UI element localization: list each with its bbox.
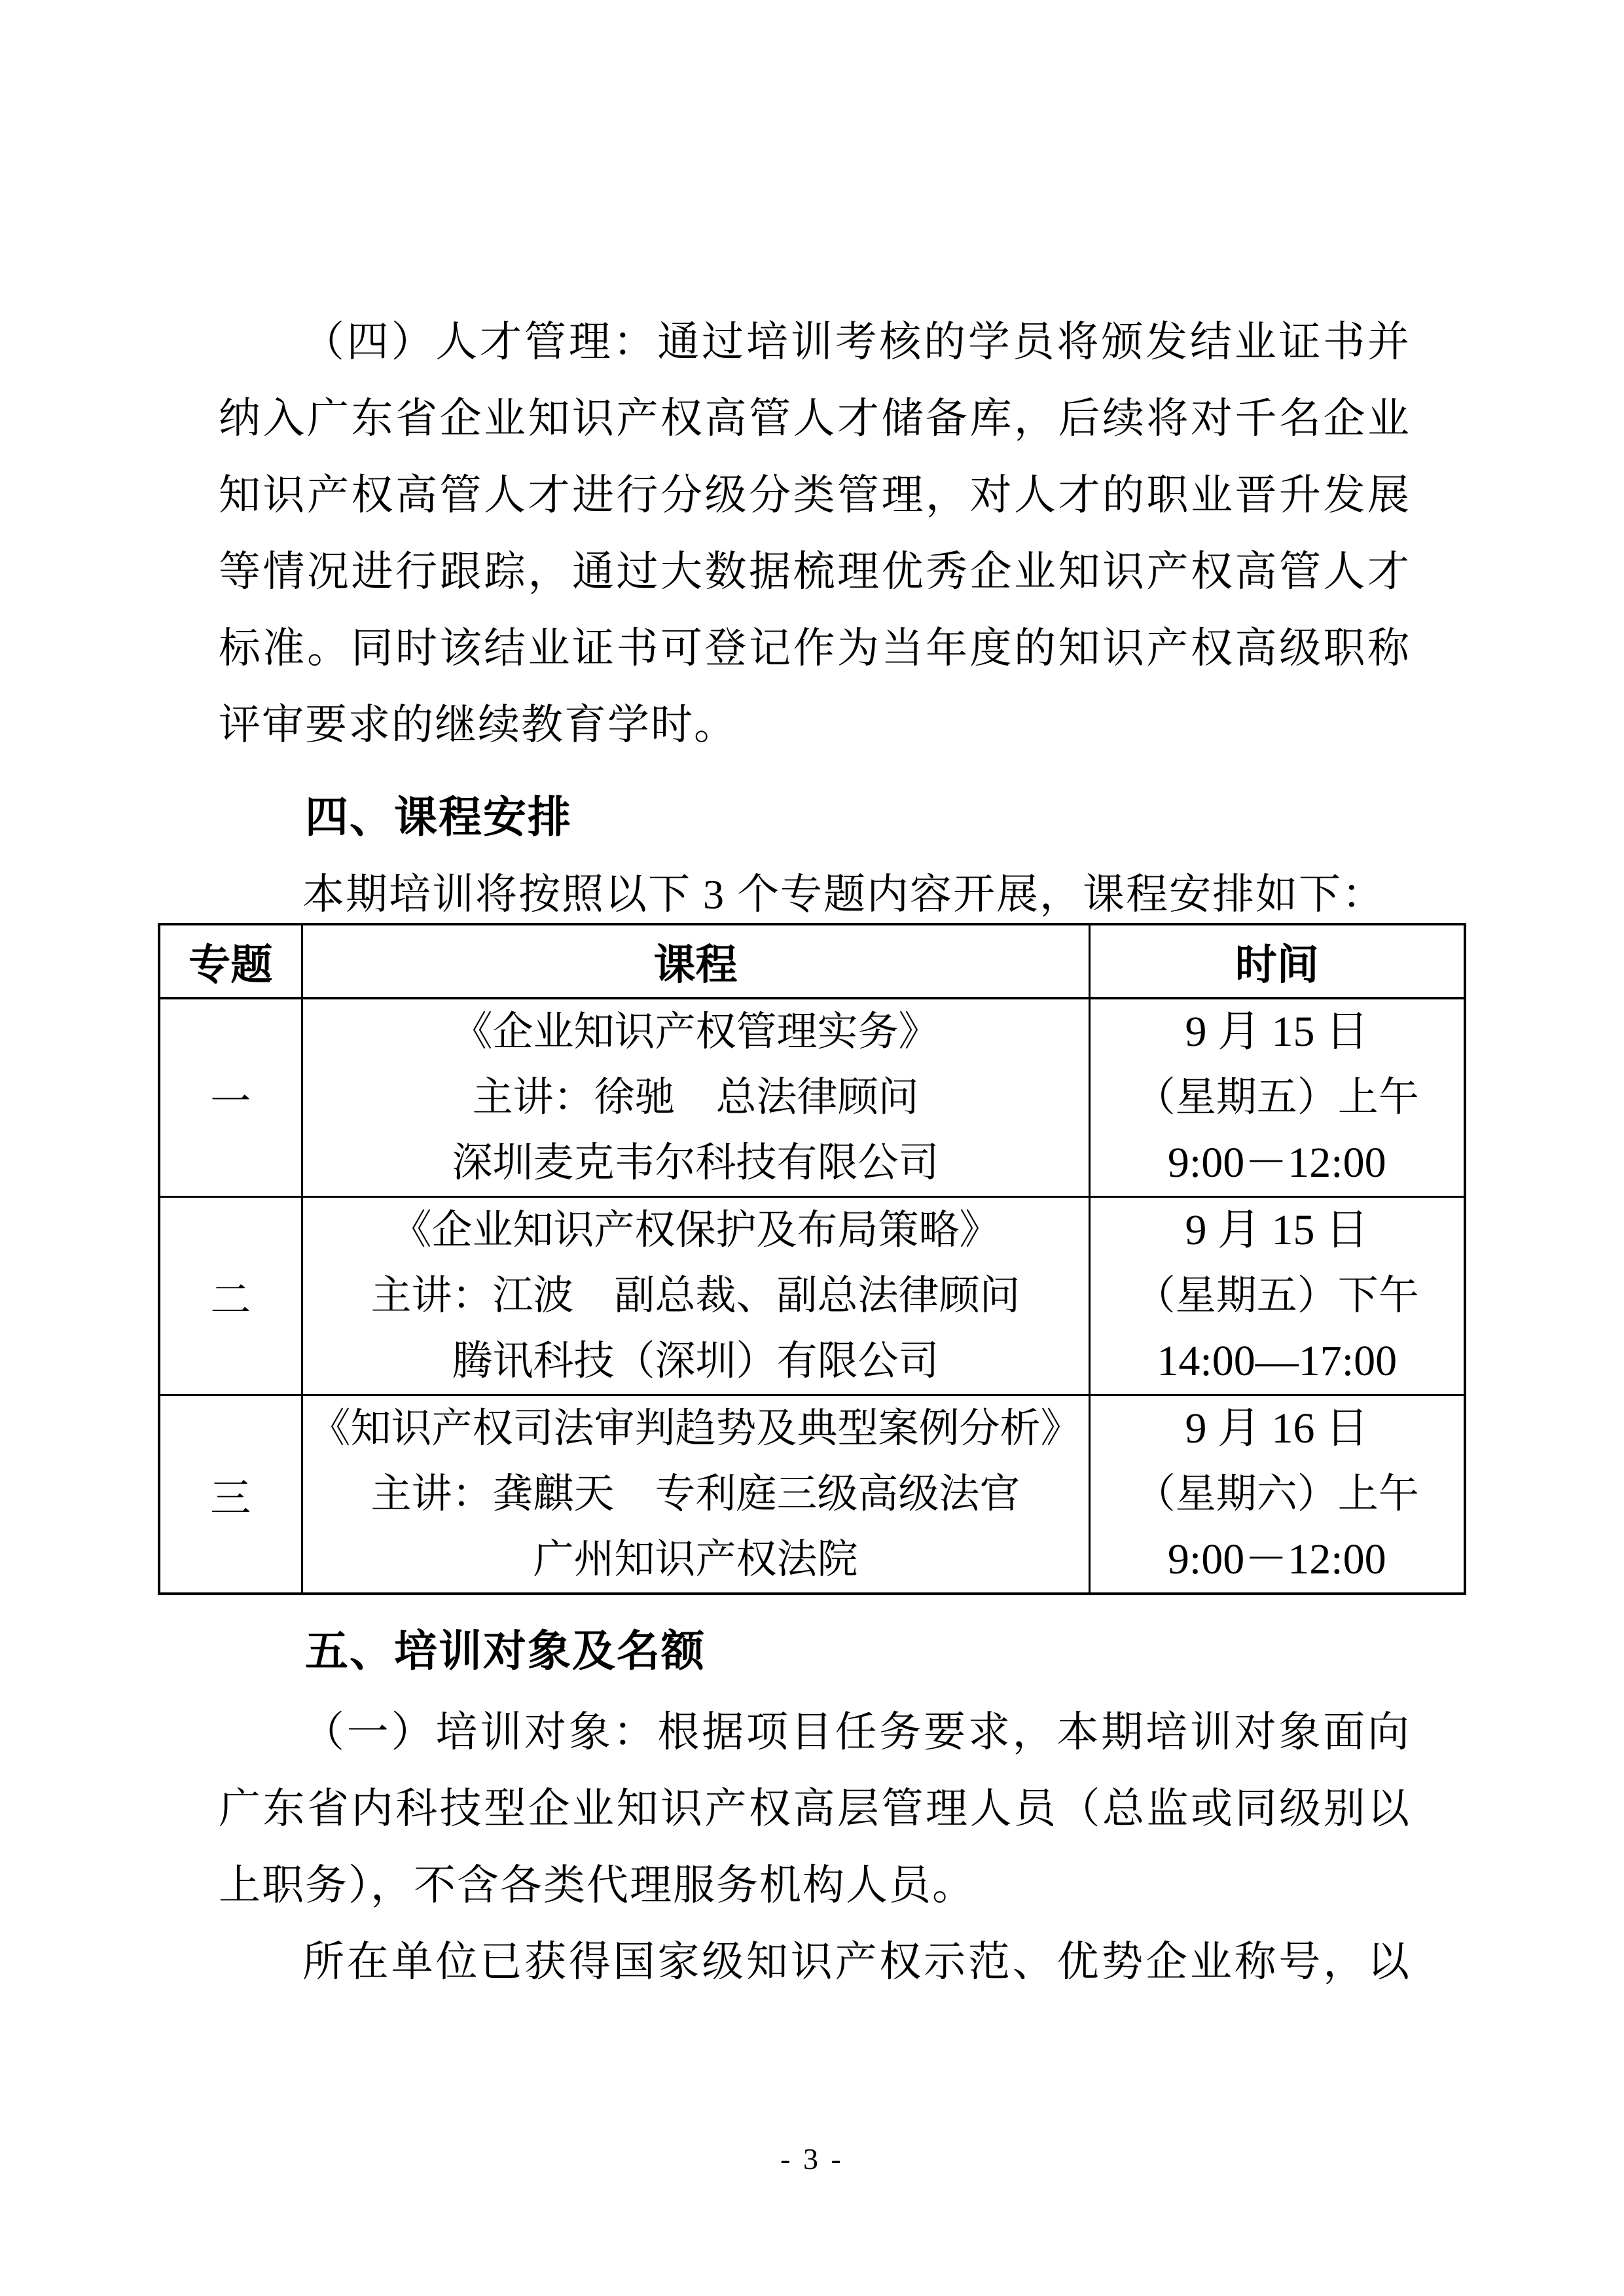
topic-cell: 二: [159, 1197, 302, 1395]
table-header-row: 专题 课程 时间: [159, 924, 1465, 998]
paragraph-line: 等情况进行跟踪，通过大数据梳理优秀企业知识产权高管人才: [219, 533, 1411, 610]
document-page: （四）人才管理：通过培训考核的学员将颁发结业证书并 纳入广东省企业知识产权高管人…: [0, 0, 1624, 2296]
course-table: 专题 课程 时间 一 《企业知识产权管理实务》 主讲：徐驰 总法律顾问 深圳麦克…: [158, 923, 1466, 1595]
header-time: 时间: [1089, 924, 1465, 998]
paragraph-line: 广东省内科技型企业知识产权高层管理人员（总监或同级别以: [219, 1770, 1411, 1847]
time-date: 9 月 16 日: [1091, 1396, 1464, 1462]
course-organization: 腾讯科技（深圳）有限公司: [303, 1329, 1089, 1394]
table-row: 一 《企业知识产权管理实务》 主讲：徐驰 总法律顾问 深圳麦克韦尔科技有限公司 …: [159, 998, 1465, 1197]
paragraph-line: （四）人才管理：通过培训考核的学员将颁发结业证书并: [219, 304, 1411, 380]
course-title: 《知识产权司法审判趋势及典型案例分析》: [303, 1396, 1089, 1462]
course-title: 《企业知识产权保护及布局策略》: [303, 1198, 1089, 1263]
time-cell: 9 月 15 日 （星期五）上午 9:00－12:00: [1089, 998, 1465, 1197]
section5-heading: 五、培训对象及名额: [219, 1613, 1411, 1689]
paragraph-talent-management: （四）人才管理：通过培训考核的学员将颁发结业证书并 纳入广东省企业知识产权高管人…: [219, 304, 1411, 763]
time-range: 9:00－12:00: [1091, 1130, 1464, 1196]
paragraph-line: 标准。同时该结业证书可登记作为当年度的知识产权高级职称: [219, 610, 1411, 687]
paragraph-line: 评审要求的继续教育学时。: [219, 687, 1411, 763]
time-date: 9 月 15 日: [1091, 999, 1464, 1065]
header-topic: 专题: [159, 924, 302, 998]
course-lecturer: 主讲：徐驰 总法律顾问: [303, 1065, 1089, 1130]
paragraph-line: 本期培训将按照以下 3 个专题内容开展，课程安排如下：: [219, 856, 1411, 933]
time-weekday: （星期五）上午: [1091, 1065, 1464, 1130]
time-range: 9:00－12:00: [1091, 1527, 1464, 1592]
time-date: 9 月 15 日: [1091, 1198, 1464, 1263]
paragraph-line: 上职务），不含各类代理服务机构人员。: [219, 1847, 1411, 1924]
course-cell: 《知识产权司法审判趋势及典型案例分析》 主讲：龚麒天 专利庭三级高级法官 广州知…: [302, 1395, 1089, 1594]
course-organization: 广州知识产权法院: [303, 1527, 1089, 1592]
paragraph-line: （一）培训对象：根据项目任务要求，本期培训对象面向: [219, 1694, 1411, 1770]
paragraph-training-target: （一）培训对象：根据项目任务要求，本期培训对象面向 广东省内科技型企业知识产权高…: [219, 1694, 1411, 1924]
course-lecturer: 主讲：龚麒天 专利庭三级高级法官: [303, 1462, 1089, 1527]
time-weekday: （星期六）上午: [1091, 1462, 1464, 1527]
time-range: 14:00—17:00: [1091, 1329, 1464, 1394]
course-organization: 深圳麦克韦尔科技有限公司: [303, 1130, 1089, 1196]
paragraph-line: 纳入广东省企业知识产权高管人才储备库，后续将对千名企业: [219, 380, 1411, 457]
course-cell: 《企业知识产权保护及布局策略》 主讲：江波 副总裁、副总法律顾问 腾讯科技（深圳…: [302, 1197, 1089, 1395]
topic-cell: 三: [159, 1395, 302, 1594]
time-cell: 9 月 15 日 （星期五）下午 14:00—17:00: [1089, 1197, 1465, 1395]
time-weekday: （星期五）下午: [1091, 1263, 1464, 1329]
paragraph-line: 所在单位已获得国家级知识产权示范、优势企业称号，以: [219, 1924, 1411, 2000]
course-cell: 《企业知识产权管理实务》 主讲：徐驰 总法律顾问 深圳麦克韦尔科技有限公司: [302, 998, 1089, 1197]
paragraph-line: 知识产权高管人才进行分级分类管理，对人才的职业晋升发展: [219, 457, 1411, 533]
table-row: 三 《知识产权司法审判趋势及典型案例分析》 主讲：龚麒天 专利庭三级高级法官 广…: [159, 1395, 1465, 1594]
table-row: 二 《企业知识产权保护及布局策略》 主讲：江波 副总裁、副总法律顾问 腾讯科技（…: [159, 1197, 1465, 1395]
course-title: 《企业知识产权管理实务》: [303, 999, 1089, 1065]
section4-heading: 四、课程安排: [219, 779, 1411, 855]
course-lecturer: 主讲：江波 副总裁、副总法律顾问: [303, 1263, 1089, 1329]
page-number: - 3 -: [0, 2142, 1624, 2176]
section4-intro: 本期培训将按照以下 3 个专题内容开展，课程安排如下：: [219, 856, 1411, 933]
topic-cell: 一: [159, 998, 302, 1197]
paragraph-unit-qualification: 所在单位已获得国家级知识产权示范、优势企业称号，以: [219, 1924, 1411, 2000]
header-course: 课程: [302, 924, 1089, 998]
time-cell: 9 月 16 日 （星期六）上午 9:00－12:00: [1089, 1395, 1465, 1594]
